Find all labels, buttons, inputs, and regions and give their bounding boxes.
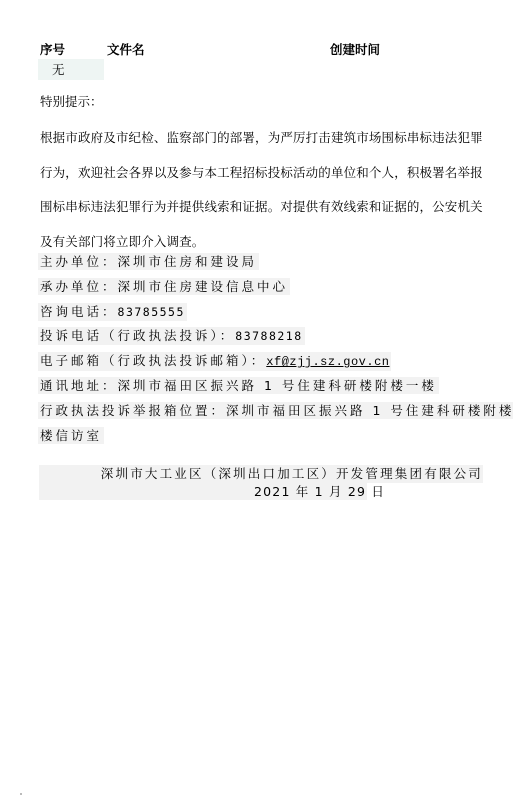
address-value: 深圳市福田区振兴路 1 号住建科研楼附楼一楼 [118, 378, 437, 393]
organizer-line: 承办单位：深圳市住房建设信息中心 [38, 278, 498, 295]
consult-phone-line: 咨询电话：83785555 [38, 303, 498, 320]
empty-text: 无 [38, 62, 65, 77]
column-header-seq: 序号 [40, 40, 65, 58]
signature-date: 2021 年 1 月 29 日 [254, 483, 385, 500]
email-link[interactable]: xf@zjj.sz.gov.cn [266, 355, 389, 369]
organizer-label: 承办单位： [40, 279, 118, 294]
notice-body: 根据市政府及市纪检、监察部门的部署，为严厉打击建筑市场围标串标违法犯罪 行为，欢… [40, 121, 490, 259]
sponsor-line: 主办单位：深圳市住房和建设局 [38, 253, 498, 270]
signature-block: 深圳市大工业区（深圳出口加工区）开发管理集团有限公司 2021 年 1 月 29… [39, 465, 483, 500]
empty-table-cell: 无 [38, 59, 104, 80]
notice-line: 行为，欢迎社会各界以及参与本工程招标投标活动的单位和个人，积极署名举报 [40, 156, 490, 191]
email-line: 电子邮箱（行政执法投诉邮箱）：xf@zjj.sz.gov.cn [38, 352, 498, 369]
address-line: 通讯地址：深圳市福田区振兴路 1 号住建科研楼附楼一楼 [38, 377, 498, 394]
consult-phone: 83785555 [118, 305, 185, 319]
complaint-box-label: 行政执法投诉举报箱位置： [40, 403, 226, 418]
email-label: 电子邮箱（行政执法投诉邮箱）： [40, 353, 266, 368]
address-label: 通讯地址： [40, 378, 118, 393]
file-table-header: 序号 文件名 创建时间 [40, 40, 500, 58]
sponsor-label: 主办单位： [40, 254, 118, 269]
notice-line: 围标串标违法犯罪行为并提供线索和证据。对提供有效线索和证据的，公安机关 [40, 190, 490, 225]
complaint-box-line: 行政执法投诉举报箱位置：深圳市福田区振兴路 1 号住建科研楼附楼一 [38, 402, 498, 419]
complaint-box-value: 深圳市福田区振兴路 1 号住建科研楼附楼一 [226, 403, 513, 418]
notice-line: 根据市政府及市纪检、监察部门的部署，为严厉打击建筑市场围标串标违法犯罪 [40, 121, 490, 156]
notice-title: 特别提示： [40, 92, 103, 110]
column-header-created-time: 创建时间 [330, 40, 380, 58]
contact-info: 主办单位：深圳市住房和建设局 承办单位：深圳市住房建设信息中心 咨询电话：837… [38, 253, 498, 451]
complaint-box-value-cont: 楼信访室 [40, 428, 102, 443]
complaint-phone: 83788218 [235, 329, 302, 343]
organizer-value: 深圳市住房建设信息中心 [118, 279, 289, 294]
column-header-file-name: 文件名 [107, 40, 145, 58]
signature-organization: 深圳市大工业区（深圳出口加工区）开发管理集团有限公司 [101, 465, 483, 482]
complaint-label: 投诉电话（行政执法投诉）： [40, 328, 235, 343]
corner-mark [20, 793, 22, 795]
document-page: 序号 文件名 创建时间 无 特别提示： 根据市政府及市纪检、监察部门的部署，为严… [0, 0, 513, 796]
sponsor-value: 深圳市住房和建设局 [118, 254, 258, 269]
complaint-box-line-2: 楼信访室 [38, 427, 498, 444]
complaint-phone-line: 投诉电话（行政执法投诉）：83788218 [38, 327, 498, 344]
consult-label: 咨询电话： [40, 304, 118, 319]
